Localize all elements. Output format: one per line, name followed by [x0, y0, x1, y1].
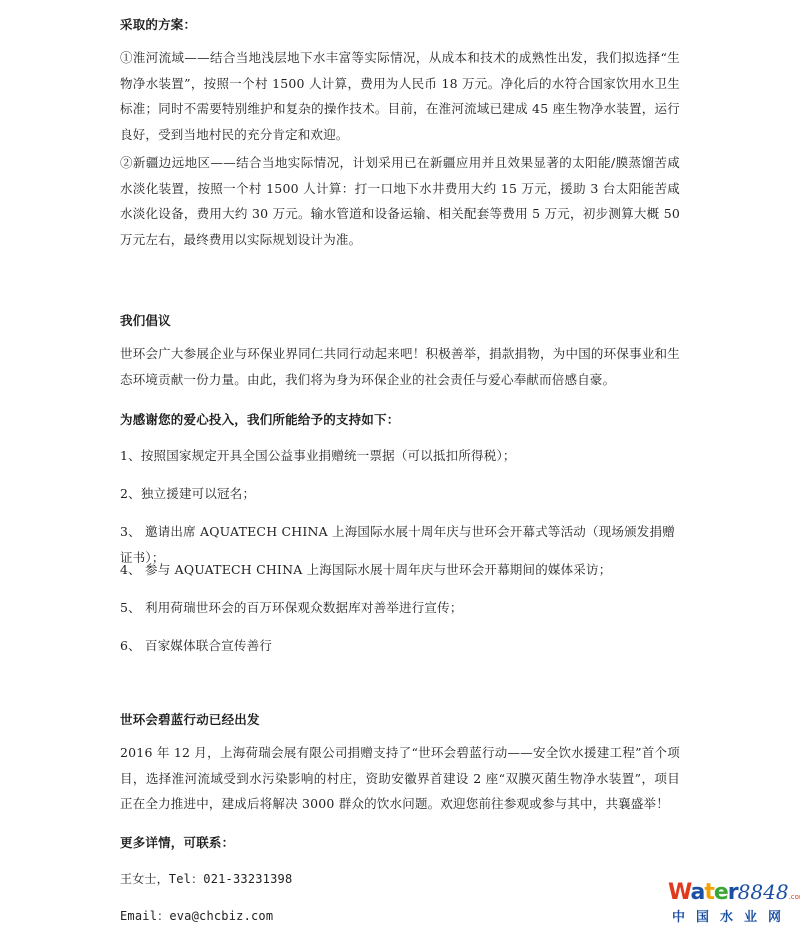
logo-domain: .com — [789, 893, 800, 901]
support-item-2: 2、独立援建可以冠名； — [120, 481, 680, 507]
logo-letter-a: a — [690, 880, 704, 905]
logo-wordmark: Water8848.com — [668, 880, 798, 909]
logo-number: 8848 — [738, 880, 789, 904]
logo-letter-r: r — [728, 880, 738, 905]
plan-paragraph-xinjiang: ②新疆边远地区——结合当地实际情况，计划采用已在新疆应用并且效果显著的太阳能/膜… — [120, 150, 680, 252]
logo-letter-w: W — [668, 880, 690, 905]
plan-heading: 采取的方案： — [120, 12, 680, 38]
contact-heading: 更多详情，可联系： — [120, 830, 680, 856]
logo-chinese-name: 中国水业网 — [672, 909, 798, 927]
contact-phone: 王女士，Tel：021-33231398 — [120, 867, 680, 893]
support-item-6: 6、 百家媒体联合宣传善行 — [120, 633, 680, 659]
initiative-paragraph: 世环会广大参展企业与环保业界同仁共同行动起来吧！积极善举，捐款捐物，为中国的环保… — [120, 341, 680, 392]
support-item-5: 5、 利用荷瑞世环会的百万环保观众数据库对善举进行宣传； — [120, 595, 680, 621]
plan-paragraph-huaihe: ①淮河流域——结合当地浅层地下水丰富等实际情况，从成本和技术的成熟性出发，我们拟… — [120, 45, 680, 147]
support-heading: 为感谢您的爱心投入，我们所能给予的支持如下： — [120, 407, 680, 433]
logo-letter-e: e — [714, 880, 728, 905]
initiative-heading: 我们倡议 — [120, 308, 680, 334]
support-item-4: 4、 参与 AQUATECH CHINA 上海国际水展十周年庆与世环会开幕期间的… — [120, 557, 680, 583]
action-heading: 世环会碧蓝行动已经出发 — [120, 707, 680, 733]
contact-email: Email：eva@chcbiz.com — [120, 904, 680, 930]
logo-letter-t: t — [704, 880, 714, 905]
support-item-1: 1、按照国家规定开具全国公益事业捐赠统一票据（可以抵扣所得税）； — [120, 443, 680, 469]
action-paragraph: 2016 年 12 月，上海荷瑞会展有限公司捐赠支持了“世环会碧蓝行动——安全饮… — [120, 740, 680, 817]
water8848-watermark-logo: Water8848.com 中国水业网 — [668, 880, 798, 930]
